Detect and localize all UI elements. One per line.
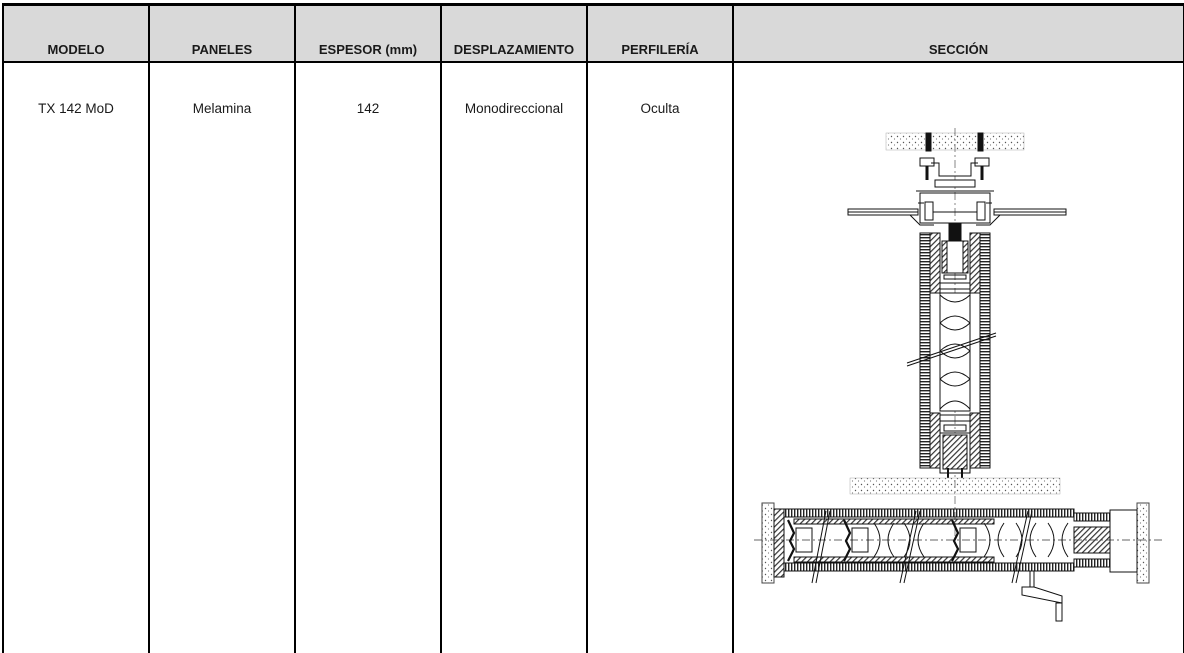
cell-modelo: TX 142 MoD [3, 62, 149, 653]
section-drawing [734, 63, 1183, 653]
cell-desplazamiento: Monodireccional [441, 62, 587, 653]
spec-table: MODELO PANELES ESPESOR (mm) DESPLAZAMIEN… [2, 3, 1184, 653]
vertical-section [848, 128, 1066, 543]
header-paneles: PANELES [149, 5, 295, 63]
perfileria-value: Oculta [588, 101, 732, 116]
desplazamiento-value: Monodireccional [442, 101, 586, 116]
header-modelo: MODELO [3, 5, 149, 63]
cell-perfileria: Oculta [587, 62, 733, 653]
cell-paneles: Melamina [149, 62, 295, 653]
espesor-value: 142 [296, 101, 440, 116]
horizontal-section [754, 503, 1164, 621]
header-perfileria: PERFILERÍA [587, 5, 733, 63]
header-desplazamiento: DESPLAZAMIENTO [441, 5, 587, 63]
cell-seccion [733, 62, 1184, 653]
modelo-value: TX 142 MoD [4, 101, 148, 116]
header-seccion: SECCIÓN [733, 5, 1184, 63]
paneles-value: Melamina [150, 101, 294, 116]
header-espesor: ESPESOR (mm) [295, 5, 441, 63]
cell-espesor: 142 [295, 62, 441, 653]
table-row: TX 142 MoD Melamina 142 Monodireccional … [3, 62, 1184, 653]
table-header-row: MODELO PANELES ESPESOR (mm) DESPLAZAMIEN… [3, 5, 1184, 63]
